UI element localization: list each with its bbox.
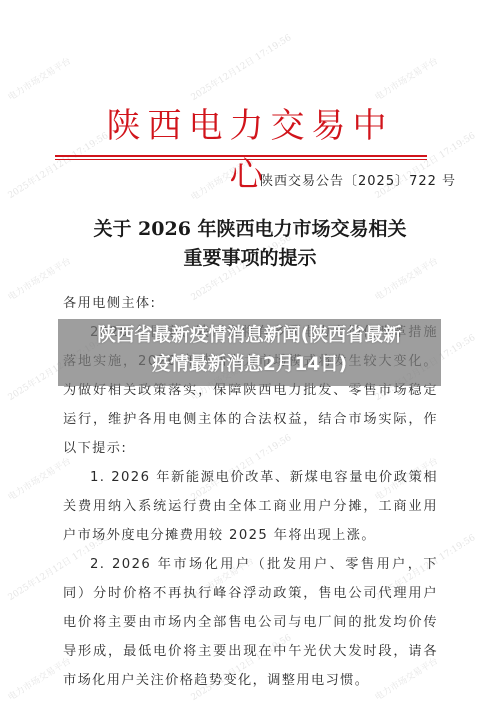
document-number: 陕西交易公告〔2025〕722 号	[260, 170, 456, 189]
watermark-platform: 电力市场交易平台	[372, 54, 440, 103]
paragraph-item-2: 2. 2026 年市场化用户（批发用户、零售用户，下同）分时价格不再执行峰谷浮动…	[63, 550, 438, 695]
document-title-line1: 关于 2026 年陕西电力市场交易相关	[40, 214, 460, 241]
paragraph-item-1: 1. 2026 年新能源电价改革、新煤电容量电价政策相关费用纳入系统运行费由全体…	[63, 463, 438, 550]
headline-line1: 陕西省最新疫情消息新闻(陕西省最新	[58, 321, 441, 350]
document-title-line2: 重要事项的提示	[40, 243, 460, 270]
headline-line2: 疫情最新消息2月14日)	[58, 350, 441, 379]
salutation: 各用电侧主体:	[63, 289, 438, 318]
headline-overlay[interactable]: 陕西省最新疫情消息新闻(陕西省最新 疫情最新消息2月14日)	[58, 321, 441, 379]
letterhead-divider-thin	[55, 159, 427, 160]
watermark-platform: 电力市场交易平台	[5, 54, 73, 103]
letterhead-divider	[55, 155, 427, 157]
watermark-timestamp: 2025年12月12日 17:19:56	[188, 30, 293, 103]
